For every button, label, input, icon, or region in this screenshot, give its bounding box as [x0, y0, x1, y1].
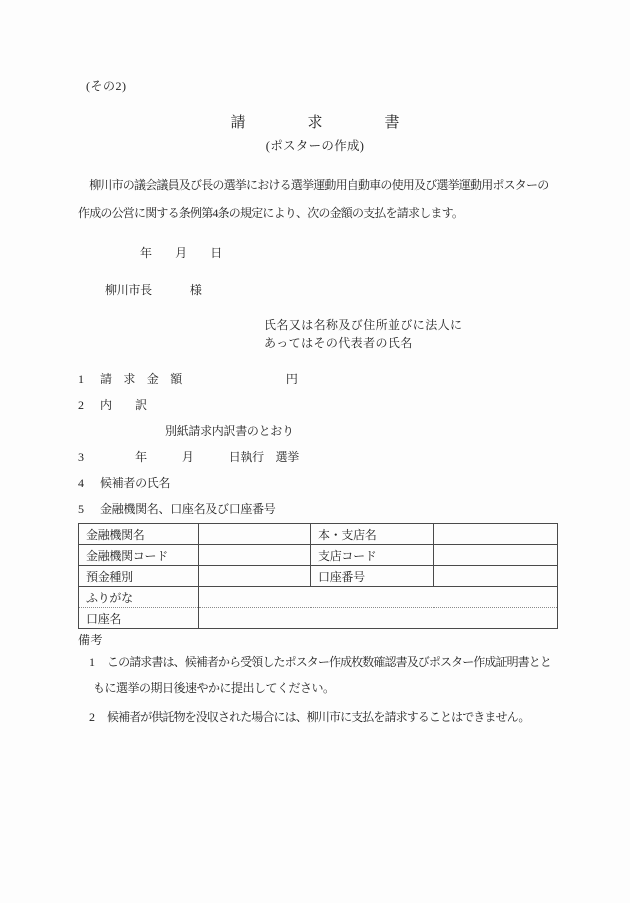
- yen-suffix: 円: [286, 366, 298, 392]
- table-row: ふりがな: [79, 587, 558, 608]
- table-row: 口座名: [79, 608, 558, 629]
- bank-code-value-cell: [199, 545, 311, 566]
- table-row: 金融機関名 本・支店名: [79, 524, 558, 545]
- branch-name-value-cell: [434, 524, 558, 545]
- remark-number: 2: [89, 705, 107, 729]
- addressee-line: 柳川市長 様: [105, 283, 202, 297]
- document-page: (その2) 請求書 (ポスターの作成) 柳川市の議会議員及び長の選挙における選挙…: [0, 0, 630, 903]
- remark-text: 候補者が供託物を没収された場合には、柳川市に支払を請求することはできません。: [107, 705, 530, 729]
- claim-items: 1 請 求 金 額 円 2 内 訳 別紙請求内訳書のとおり 3 年 月 日執行 …: [78, 366, 578, 522]
- item-number: 2: [78, 392, 100, 418]
- branch-code-label: 支店コード: [311, 545, 434, 566]
- applicant-note-line-1: 氏名又は名称及び住所並びに法人に: [264, 317, 462, 335]
- account-number-value-cell: [434, 566, 558, 587]
- remark-item-2: 2 候補者が供託物を没収された場合には、柳川市に支払を請求することはできません。: [78, 705, 598, 729]
- page-note: (その2): [86, 77, 127, 94]
- applicant-note: 氏名又は名称及び住所並びに法人に あってはその代表者の氏名: [264, 317, 462, 352]
- body-line-2: 作成の公営に関する条例第4条の規定により、次の金額の支払を請求します。: [78, 199, 560, 227]
- document-subtitle: (ポスターの作成): [78, 136, 552, 154]
- applicant-note-line-2: あってはその代表者の氏名: [264, 335, 462, 353]
- item-text: 請 求 金 額: [100, 366, 182, 392]
- account-number-label: 口座番号: [311, 566, 434, 587]
- item-number: 3: [78, 444, 100, 470]
- table-row: 金融機関コード 支店コード: [79, 545, 558, 566]
- item-candidate-name: 4 候補者の氏名: [78, 470, 578, 496]
- body-line-1: 柳川市の議会議員及び長の選挙における選挙運動用自動車の使用及び選挙運動用ポスター…: [78, 171, 560, 199]
- item-text: 内 訳: [100, 392, 147, 418]
- breakdown-note: 別紙請求内訳書のとおり: [165, 418, 578, 444]
- furigana-label: ふりがな: [79, 587, 199, 608]
- addressee: 柳川市長: [105, 283, 152, 297]
- remark-number: 1: [89, 650, 107, 674]
- body-paragraph: 柳川市の議会議員及び長の選挙における選挙運動用自動車の使用及び選挙運動用ポスター…: [78, 171, 560, 227]
- branch-code-value-cell: [434, 545, 558, 566]
- item-claim-amount: 1 請 求 金 額 円: [78, 366, 578, 392]
- item-election-date: 3 年 月 日執行 選挙: [78, 444, 578, 470]
- honorific: 様: [190, 283, 202, 297]
- item-bank-account: 5 金融機関名、口座名及び口座番号: [78, 496, 578, 522]
- bank-name-label: 金融機関名: [79, 524, 199, 545]
- item-text: 年 月 日執行 選挙: [100, 444, 299, 470]
- document-title: 請求書: [78, 111, 552, 132]
- bank-account-table: 金融機関名 本・支店名 金融機関コード 支店コード 預金種別 口座番号 ふりがな: [78, 523, 558, 629]
- date-line: 年 月 日: [140, 246, 222, 260]
- account-name-label: 口座名: [79, 608, 199, 629]
- deposit-type-value-cell: [199, 566, 311, 587]
- item-number: 1: [78, 366, 100, 392]
- remarks-heading: 備考: [78, 631, 103, 648]
- item-number: 5: [78, 496, 100, 522]
- item-text: 候補者の氏名: [100, 470, 170, 496]
- deposit-type-label: 預金種別: [79, 566, 199, 587]
- table-row: 預金種別 口座番号: [79, 566, 558, 587]
- furigana-value-cell: [199, 587, 558, 608]
- branch-name-label: 本・支店名: [311, 524, 434, 545]
- item-number: 4: [78, 470, 100, 496]
- bank-name-value-cell: [199, 524, 311, 545]
- remark-item-1: 1 この請求書は、候補者から受領したポスター作成枚数確認書及びポスター作成証明書…: [78, 650, 598, 702]
- remark-text: この請求書は、候補者から受領したポスター作成枚数確認書及びポスター作成証明書とと: [107, 650, 551, 674]
- bank-code-label: 金融機関コード: [79, 545, 199, 566]
- item-breakdown: 2 内 訳: [78, 392, 578, 418]
- item-text: 金融機関名、口座名及び口座番号: [100, 496, 276, 522]
- remark-text-continued: もに選挙の期日後速やかに提出してください。: [93, 674, 598, 702]
- account-name-value-cell: [199, 608, 558, 629]
